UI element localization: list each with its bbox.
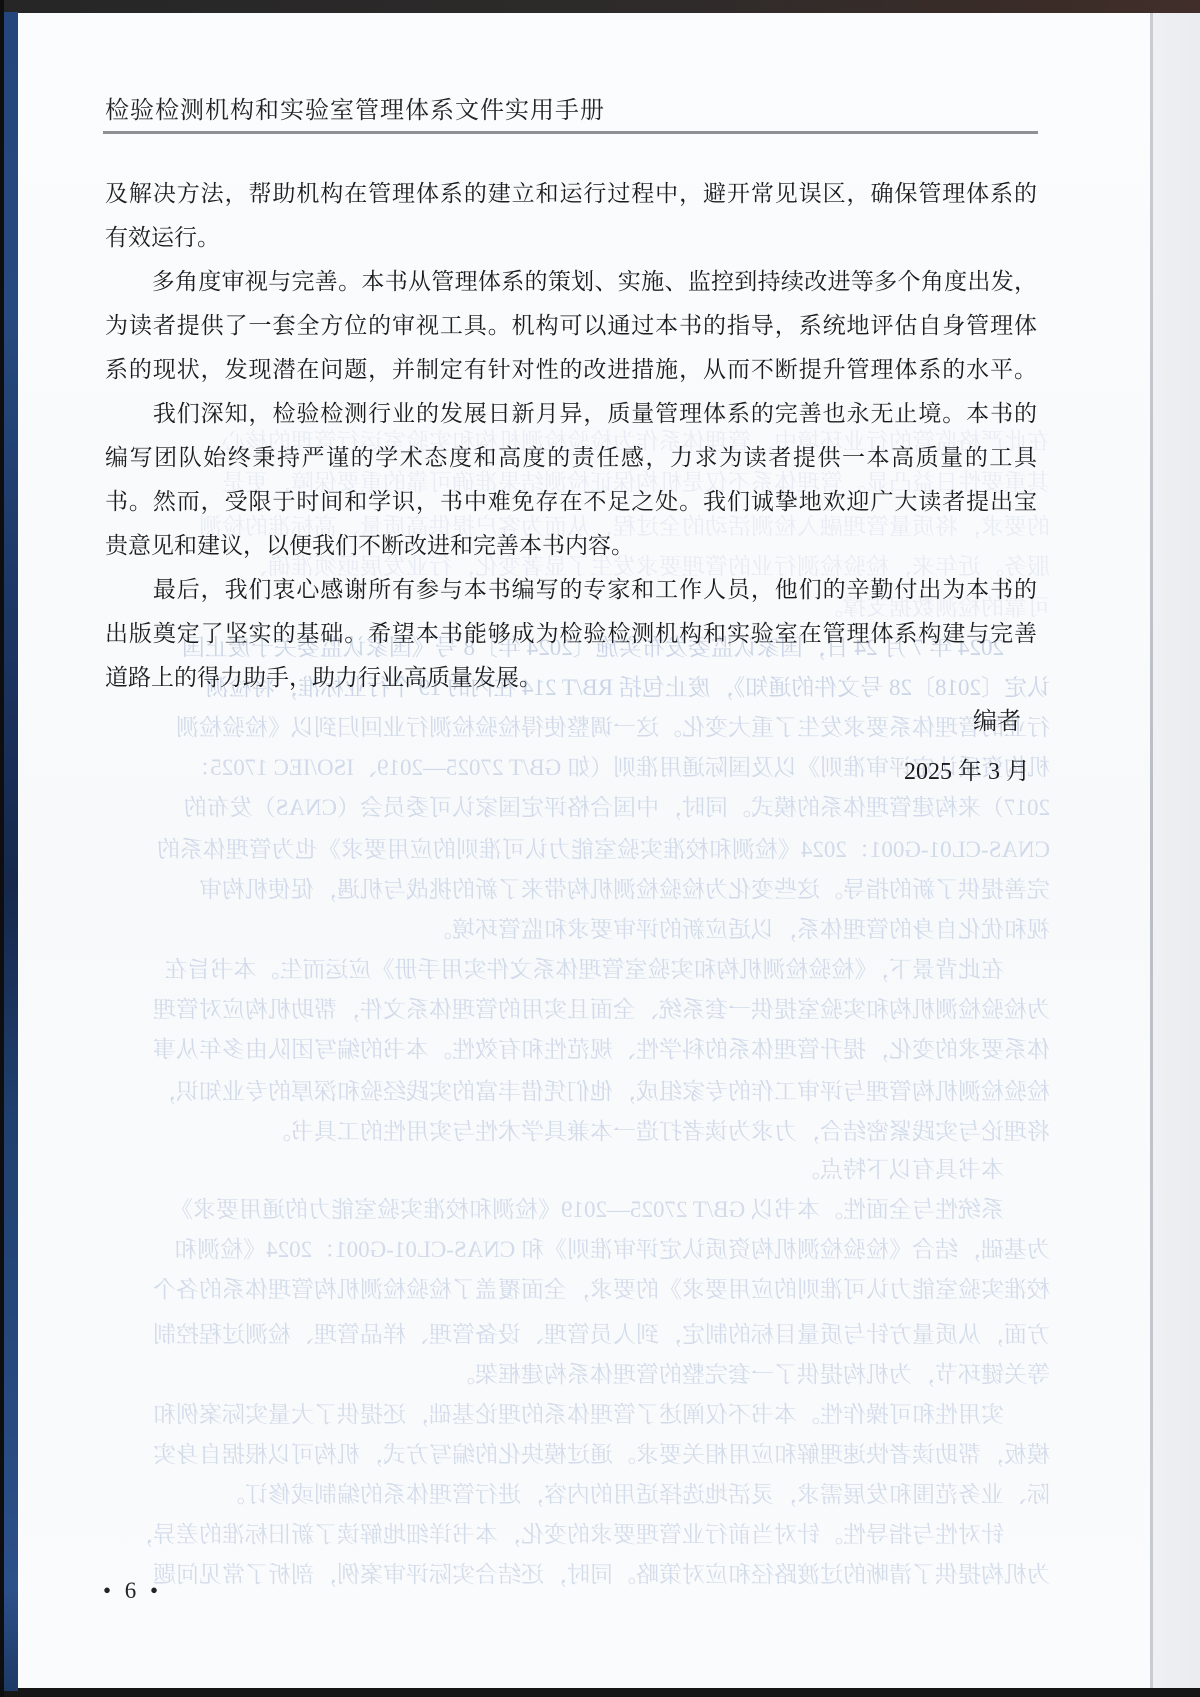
bleedthrough-line: 际、业务范围和发展需求，灵活地选择适用的内容，进行管理体系的编制或修订。 xyxy=(85,1475,1050,1515)
page-edge-line xyxy=(1150,13,1153,1688)
scanner-edge-top xyxy=(0,0,1200,13)
bleedthrough-line: 完善提供了新的指导。这些变化为检验检测机构带来了新的挑战与机遇，促使机构审 xyxy=(85,870,1050,910)
bleedthrough-line: 为检验检测机构和实验室提供一套系统、全面且实用的管理体系文件，帮助机构应对管理 xyxy=(85,990,1050,1030)
scanned-book-page: 在此严格监管的行业环境中，管理体系作为检验检测机构和实验室运行管理的核心， 其重… xyxy=(0,0,1200,1697)
paragraph-line: 及解决方法，帮助机构在管理体系的建立和运行过程中，避开常见误区，确保管理体系的 xyxy=(105,172,1037,216)
bleedthrough-line: 系统性与全面性。本书以 GB/T 27025—2019《检测和校准实验室能力的通… xyxy=(85,1190,1050,1230)
bleedthrough-line: 实用性和可操作性。本书不仅阐述了管理体系的理论基础，还提供了大量实际案例和 xyxy=(85,1395,1050,1435)
bleedthrough-line: 方面，从质量方针与质量目标的制定，到人员管理、设备管理、样品管理、检测过程控制 xyxy=(85,1315,1050,1355)
bleedthrough-line: 在此背景下，《检验检测机构和实验室管理体系文件实用手册》应运而生。本书旨在 xyxy=(85,950,1050,990)
paragraph-line: 道路上的得力助手，助力行业高质量发展。 xyxy=(105,656,1037,700)
bleedthrough-line: 校准实验室能力认可准则的应用要求》的要求，全面覆盖了检验检测机构管理体系的各个 xyxy=(85,1270,1050,1310)
paragraph-line: 贵意见和建议，以便我们不断改进和完善本书内容。 xyxy=(105,524,1037,568)
author-signature: 编者 xyxy=(105,702,1021,742)
paragraph-line: 多角度审视与完善。本书从管理体系的策划、实施、监控到持续改进等多个角度出发， xyxy=(105,260,1037,304)
paragraph-line: 有效运行。 xyxy=(105,216,1037,260)
paragraph-line: 书。然而，受限于时间和学识，书中难免存在不足之处。我们诚挚地欢迎广大读者提出宝 xyxy=(105,480,1037,524)
bleedthrough-line: 针对性与指导性。针对当前行业管理要求的变化，本书详细地解读了新旧标准的差异， xyxy=(85,1515,1050,1555)
bleedthrough-line: 将理论与实践紧密结合，力求为读者打造一本兼具学术性与实用性的工具书。 xyxy=(85,1112,1050,1152)
paragraph-line: 出版奠定了坚实的基础。希望本书能够成为检验检测机构和实验室在管理体系构建与完善 xyxy=(105,612,1037,656)
scanner-edge-bottom xyxy=(0,1688,1200,1697)
bleedthrough-line: 本书具有以下特点。 xyxy=(85,1150,1050,1190)
bleedthrough-line: CNAS-CL01-G001：2024《检测和校准实验室能力认可准则的应用要求》… xyxy=(85,830,1050,870)
bleedthrough-line: 2017）来构建管理体系的模式。同时，中国合格评定国家认可委员会（CNAS）发布… xyxy=(85,788,1050,828)
header-rule xyxy=(103,131,1038,134)
bleedthrough-line: 为基础，结合《检验检测机构资质认定评审准则》和 CNAS-CL01-G001：2… xyxy=(85,1230,1050,1270)
next-page-edge xyxy=(1153,13,1200,1688)
paragraph-line: 我们深知，检验检测行业的发展日新月异，质量管理体系的完善也永无止境。本书的 xyxy=(105,392,1037,436)
bleedthrough-line: 检验检测机构管理与评审工作的专家组成，他们凭借丰富的实践经验和深厚的专业知识， xyxy=(85,1072,1050,1112)
paragraph-line: 编写团队始终秉持严谨的学术态度和高度的责任感，力求为读者提供一本高质量的工具 xyxy=(105,436,1037,480)
bleedthrough-line: 视和优化自身的管理体系，以适应新的评审要求和监管环境。 xyxy=(85,910,1050,950)
running-header: 检验检测机构和实验室管理体系文件实用手册 xyxy=(105,90,605,125)
bleedthrough-line: 为机构提供了清晰的过渡路径和应对策略。同时，还结合实际评审案例，剖析了常见问题 xyxy=(85,1555,1050,1595)
book-spine xyxy=(4,12,18,1691)
paragraph-line: 最后，我们衷心感谢所有参与本书编写的专家和工作人员，他们的辛勤付出为本书的 xyxy=(105,568,1037,612)
publication-date: 2025 年 3 月 xyxy=(105,752,1030,792)
bleedthrough-line: 等关键环节，为机构提供了一套完整的管理体系构建框架。 xyxy=(85,1355,1050,1395)
bleedthrough-line: 体系要求的变化，提升管理体系的科学性、规范性和有效性。本书的编写团队由多年从事 xyxy=(85,1030,1050,1070)
paragraph-line: 系的现状，发现潜在问题，并制定有针对性的改进措施，从而不断提升管理体系的水平。 xyxy=(105,348,1037,392)
page-number: • 6 • xyxy=(103,1578,162,1604)
paragraph-line: 为读者提供了一套全方位的审视工具。机构可以通过本书的指导，系统地评估自身管理体 xyxy=(105,304,1037,348)
bleedthrough-line: 模板，帮助读者快速理解和应用相关要求。通过模块化的编写方式，机构可以根据自身实 xyxy=(85,1435,1050,1475)
